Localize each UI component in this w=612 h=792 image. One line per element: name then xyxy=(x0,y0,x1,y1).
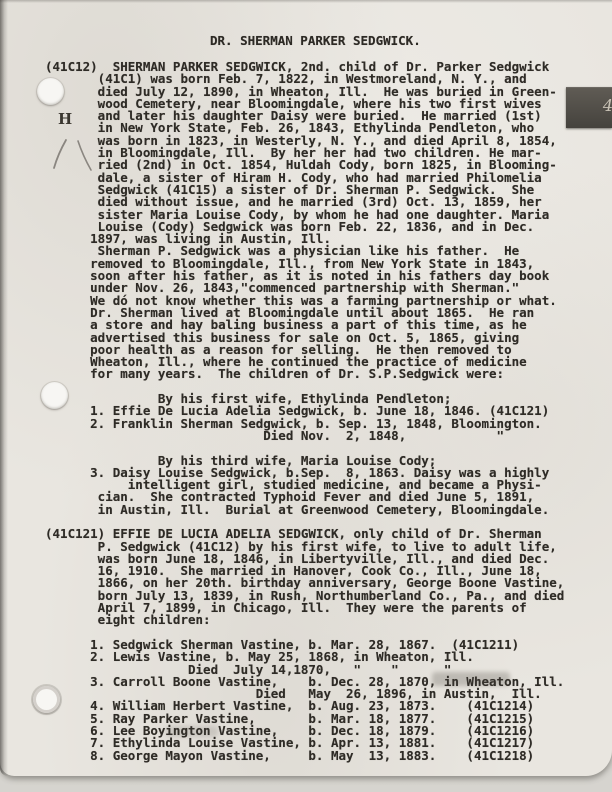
entry-41C121-children-list: 1. Sedgwick Sherman Vastine, b. Mar. 28,… xyxy=(45,639,564,762)
entry-41C12-third-wife-children: By his third wife, Maria Louise Cody; 3.… xyxy=(45,455,564,516)
entry-41C121-paragraph: (41C121) EFFIE DE LUCIA ADELIA SEDGWICK,… xyxy=(45,528,564,626)
index-tab: 4 xyxy=(566,87,612,128)
left-edge-shadow xyxy=(0,0,8,776)
page-title: DR. SHERMAN PARKER SEDGWICK. xyxy=(210,35,421,47)
document-text: (41C12) SHERMAN PARKER SEDGWICK, 2nd. ch… xyxy=(45,61,564,762)
tab-number: 4 xyxy=(603,96,612,115)
entry-41C12-first-wife-children: By his first wife, Ethylinda Pendleton; … xyxy=(45,393,564,442)
document-page: H 4 DR. SHERMAN PARKER SEDGWICK. (41C12)… xyxy=(0,0,612,776)
entry-41C12-paragraph-2: Sherman P. Sedgwick was a physician like… xyxy=(45,245,564,380)
entry-41C12-paragraph-1: (41C12) SHERMAN PARKER SEDGWICK, 2nd. ch… xyxy=(45,61,564,245)
scan-background: H 4 DR. SHERMAN PARKER SEDGWICK. (41C12)… xyxy=(0,0,612,792)
top-edge-shadow xyxy=(0,0,612,3)
